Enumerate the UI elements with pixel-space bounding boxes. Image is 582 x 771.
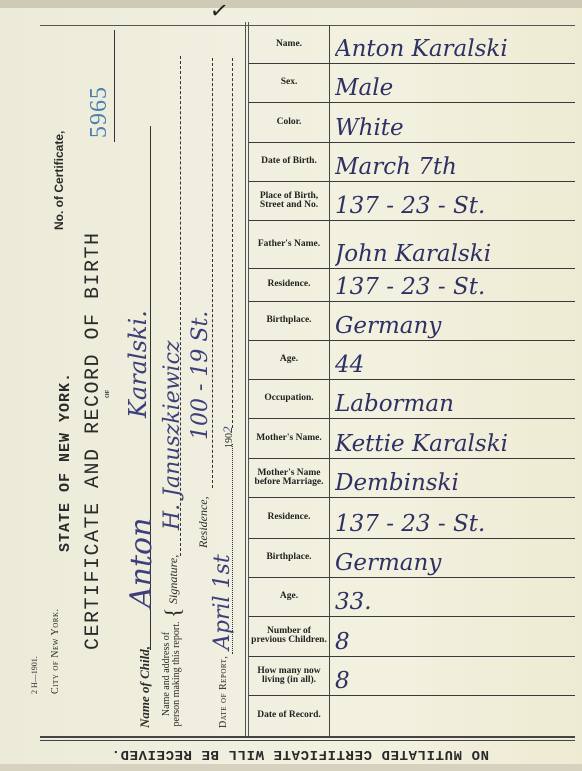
record-field-label: Sex.: [249, 63, 330, 102]
record-row: Age.44: [249, 340, 575, 380]
record-row: Place of Birth, Street and No.137 - 23 -…: [249, 181, 575, 221]
of-label: OF: [105, 390, 111, 398]
scan-edge-top: [0, 0, 582, 8]
record-field-value: March 7th: [335, 142, 571, 181]
child-surname-value: Karalski.: [124, 310, 152, 418]
record-row: Date of Record.: [249, 695, 575, 736]
reporter-label: Name and address of person making this r…: [162, 620, 182, 728]
child-name-label: Name of Child,: [137, 646, 153, 728]
record-row: Sex.Male: [249, 63, 575, 103]
record-field-value: 137 - 23 - St.: [335, 268, 571, 301]
certificate-page: ✓ 2 H—1901. City of New York. STATE OF N…: [0, 0, 582, 771]
record-row: Number of previous Children.8: [249, 616, 575, 657]
city-label: City of New York.: [50, 608, 61, 694]
record-field-label: Age.: [249, 340, 330, 379]
date-of-report-line-extension: [232, 58, 233, 428]
record-field-label: How many now living (in all).: [249, 656, 330, 695]
brace-glyph: {: [160, 607, 186, 618]
certificate-number-label: No. of Certificate,: [52, 131, 66, 230]
record-field-label: Date of Record.: [249, 695, 330, 736]
check-mark: ✓: [208, 0, 230, 25]
record-field-label: Name.: [249, 25, 330, 63]
record-row: Name.Anton Karalski: [249, 25, 575, 64]
child-name-value: Anton: [124, 518, 159, 608]
scan-edge-bottom: [0, 764, 582, 771]
reporter-residence-label: Residence,: [196, 496, 211, 548]
record-field-value: 137 - 23 - St.: [335, 181, 571, 220]
date-of-report-label: Date of Report,: [218, 656, 229, 728]
record-field-label: Residence.: [249, 497, 330, 538]
record-field-label: Occupation.: [249, 379, 330, 418]
record-field-value: John Karalski: [335, 220, 571, 268]
certificate-number-value: 5965: [86, 86, 113, 138]
record-field-label: Birthplace.: [249, 538, 330, 577]
record-field-value: [335, 695, 571, 736]
record-row: Birthplace.Germany: [249, 538, 575, 578]
record-field-value: 44: [335, 340, 571, 379]
record-field-value: 33.: [335, 577, 571, 616]
certificate-title: CERTIFICATE AND RECORD OF BIRTH: [82, 231, 105, 650]
record-field-value: Germany: [335, 538, 571, 577]
state-title: STATE OF NEW YORK.: [57, 372, 74, 552]
record-row: Residence.137 - 23 - St.: [249, 268, 575, 302]
record-field-value: White: [335, 102, 571, 142]
record-field-label: Mother's Name.: [249, 418, 330, 458]
record-field-value: 137 - 23 - St.: [335, 497, 571, 538]
record-row: Age.33.: [249, 577, 575, 617]
bottom-rule: [40, 740, 575, 741]
reporter-label-text: Name and address of person making this r…: [162, 620, 182, 728]
date-of-report-year: 1902: [220, 427, 236, 449]
form-code: 2 H—1901.: [30, 656, 39, 694]
record-field-value: Dembinski: [335, 458, 571, 497]
record-field-label: Mother's Name before Marriage.: [249, 458, 330, 497]
reporter-residence-value: 100 - 19 St.: [188, 311, 213, 440]
record-field-value: Kettie Karalski: [335, 418, 571, 458]
bottom-rule: [40, 736, 575, 738]
birth-record-table: Name.Anton KaralskiSex.MaleColor.WhiteDa…: [249, 25, 575, 737]
record-row: Residence.137 - 23 - St.: [249, 497, 575, 539]
certificate-number-line: [114, 30, 115, 142]
record-field-label: Date of Birth.: [249, 142, 330, 181]
record-field-label: Place of Birth, Street and No.: [249, 181, 330, 220]
record-row: Mother's Name.Kettie Karalski: [249, 418, 575, 459]
record-field-value: Laborman: [335, 379, 571, 418]
record-field-value: Anton Karalski: [335, 25, 571, 63]
record-row: Color.White: [249, 102, 575, 143]
record-field-value: Germany: [335, 301, 571, 340]
record-row: Occupation.Laborman: [249, 379, 575, 419]
record-field-value: 8: [335, 656, 571, 695]
record-field-label: Residence.: [249, 268, 330, 301]
signature-value: H. Januszkiewicz: [160, 341, 185, 531]
record-field-label: Father's Name.: [249, 220, 330, 268]
record-field-label: Age.: [249, 577, 330, 616]
record-row: Birthplace.Germany: [249, 301, 575, 341]
record-row: Date of Birth.March 7th: [249, 142, 575, 182]
divider-rule: [245, 22, 246, 738]
year-prefix: 190: [224, 433, 235, 448]
record-field-label: Birthplace.: [249, 301, 330, 340]
date-of-report-value: April 1st: [210, 554, 235, 650]
record-row: Father's Name.John Karalski: [249, 220, 575, 269]
record-field-value: Male: [335, 63, 571, 102]
record-row: Mother's Name before Marriage.Dembinski: [249, 458, 575, 498]
footer-warning: NO MUTILATED CERTIFICATE WILL BE RECEIVE…: [85, 746, 515, 762]
record-field-value: 8: [335, 616, 571, 656]
certificate-header-panel: 2 H—1901. City of New York. STATE OF NEW…: [0, 26, 240, 738]
signature-label: Signature,: [166, 555, 181, 604]
record-field-label: Color.: [249, 102, 330, 142]
record-row: How many now living (in all).8: [249, 656, 575, 696]
record-field-label: Number of previous Children.: [249, 616, 330, 656]
